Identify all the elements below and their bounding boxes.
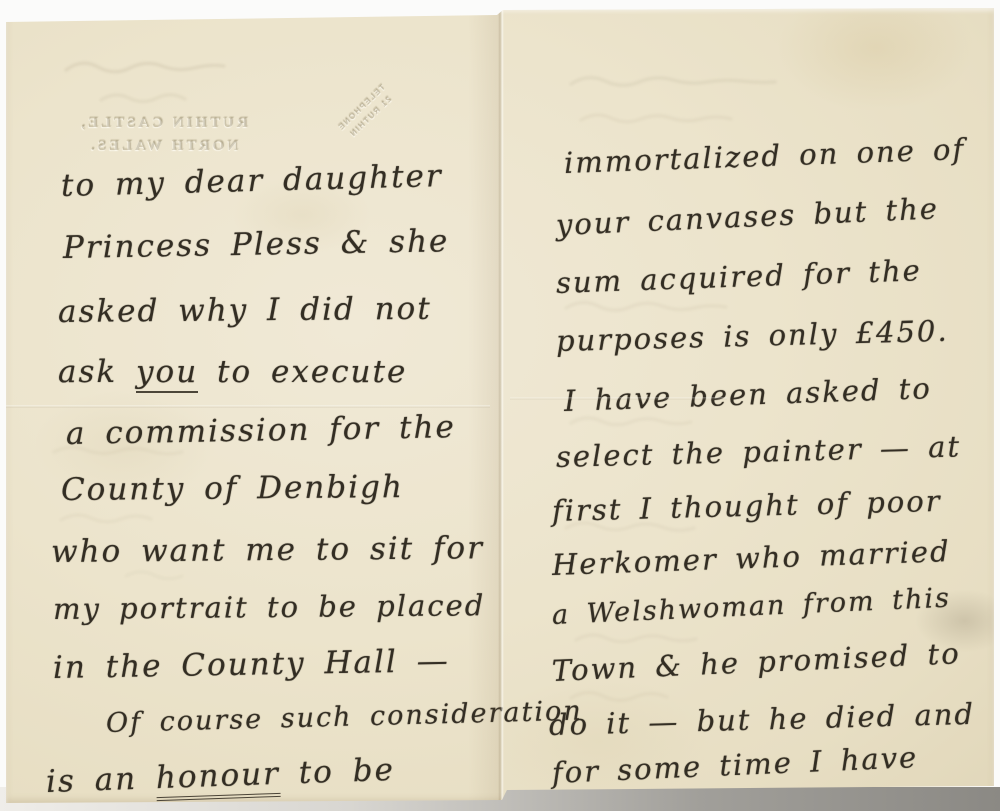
handwriting-line: sum acquired for the bbox=[555, 253, 922, 300]
handwriting-line: I have been asked to bbox=[563, 371, 932, 418]
letter-paper: RUTHIN CASTLE, NORTH WALES. TELEPHONE 21… bbox=[6, 8, 994, 804]
horizontal-crease-right-page bbox=[510, 397, 727, 400]
handwriting-line: purposes is only £450. bbox=[556, 314, 949, 358]
handwriting-line: Town & he promised to bbox=[551, 636, 961, 688]
handwriting-line: select the painter — at bbox=[556, 429, 962, 474]
handwriting-line: a Welshwoman from this bbox=[551, 583, 951, 631]
handwriting-line: first I thought of poor bbox=[552, 484, 942, 528]
center-fold-crease bbox=[498, 8, 504, 804]
handwriting-line: do it — but he died and bbox=[549, 697, 976, 742]
handwriting-line: for some time I have bbox=[551, 740, 919, 790]
letter-scan: RUTHIN CASTLE, NORTH WALES. TELEPHONE 21… bbox=[0, 0, 1000, 811]
horizontal-crease-left-page bbox=[6, 405, 490, 408]
handwriting-line: your canvases but the bbox=[555, 191, 939, 242]
handwriting-line: Herkomer who married bbox=[551, 534, 951, 582]
handwriting-line: immortalized on one of bbox=[563, 132, 965, 180]
